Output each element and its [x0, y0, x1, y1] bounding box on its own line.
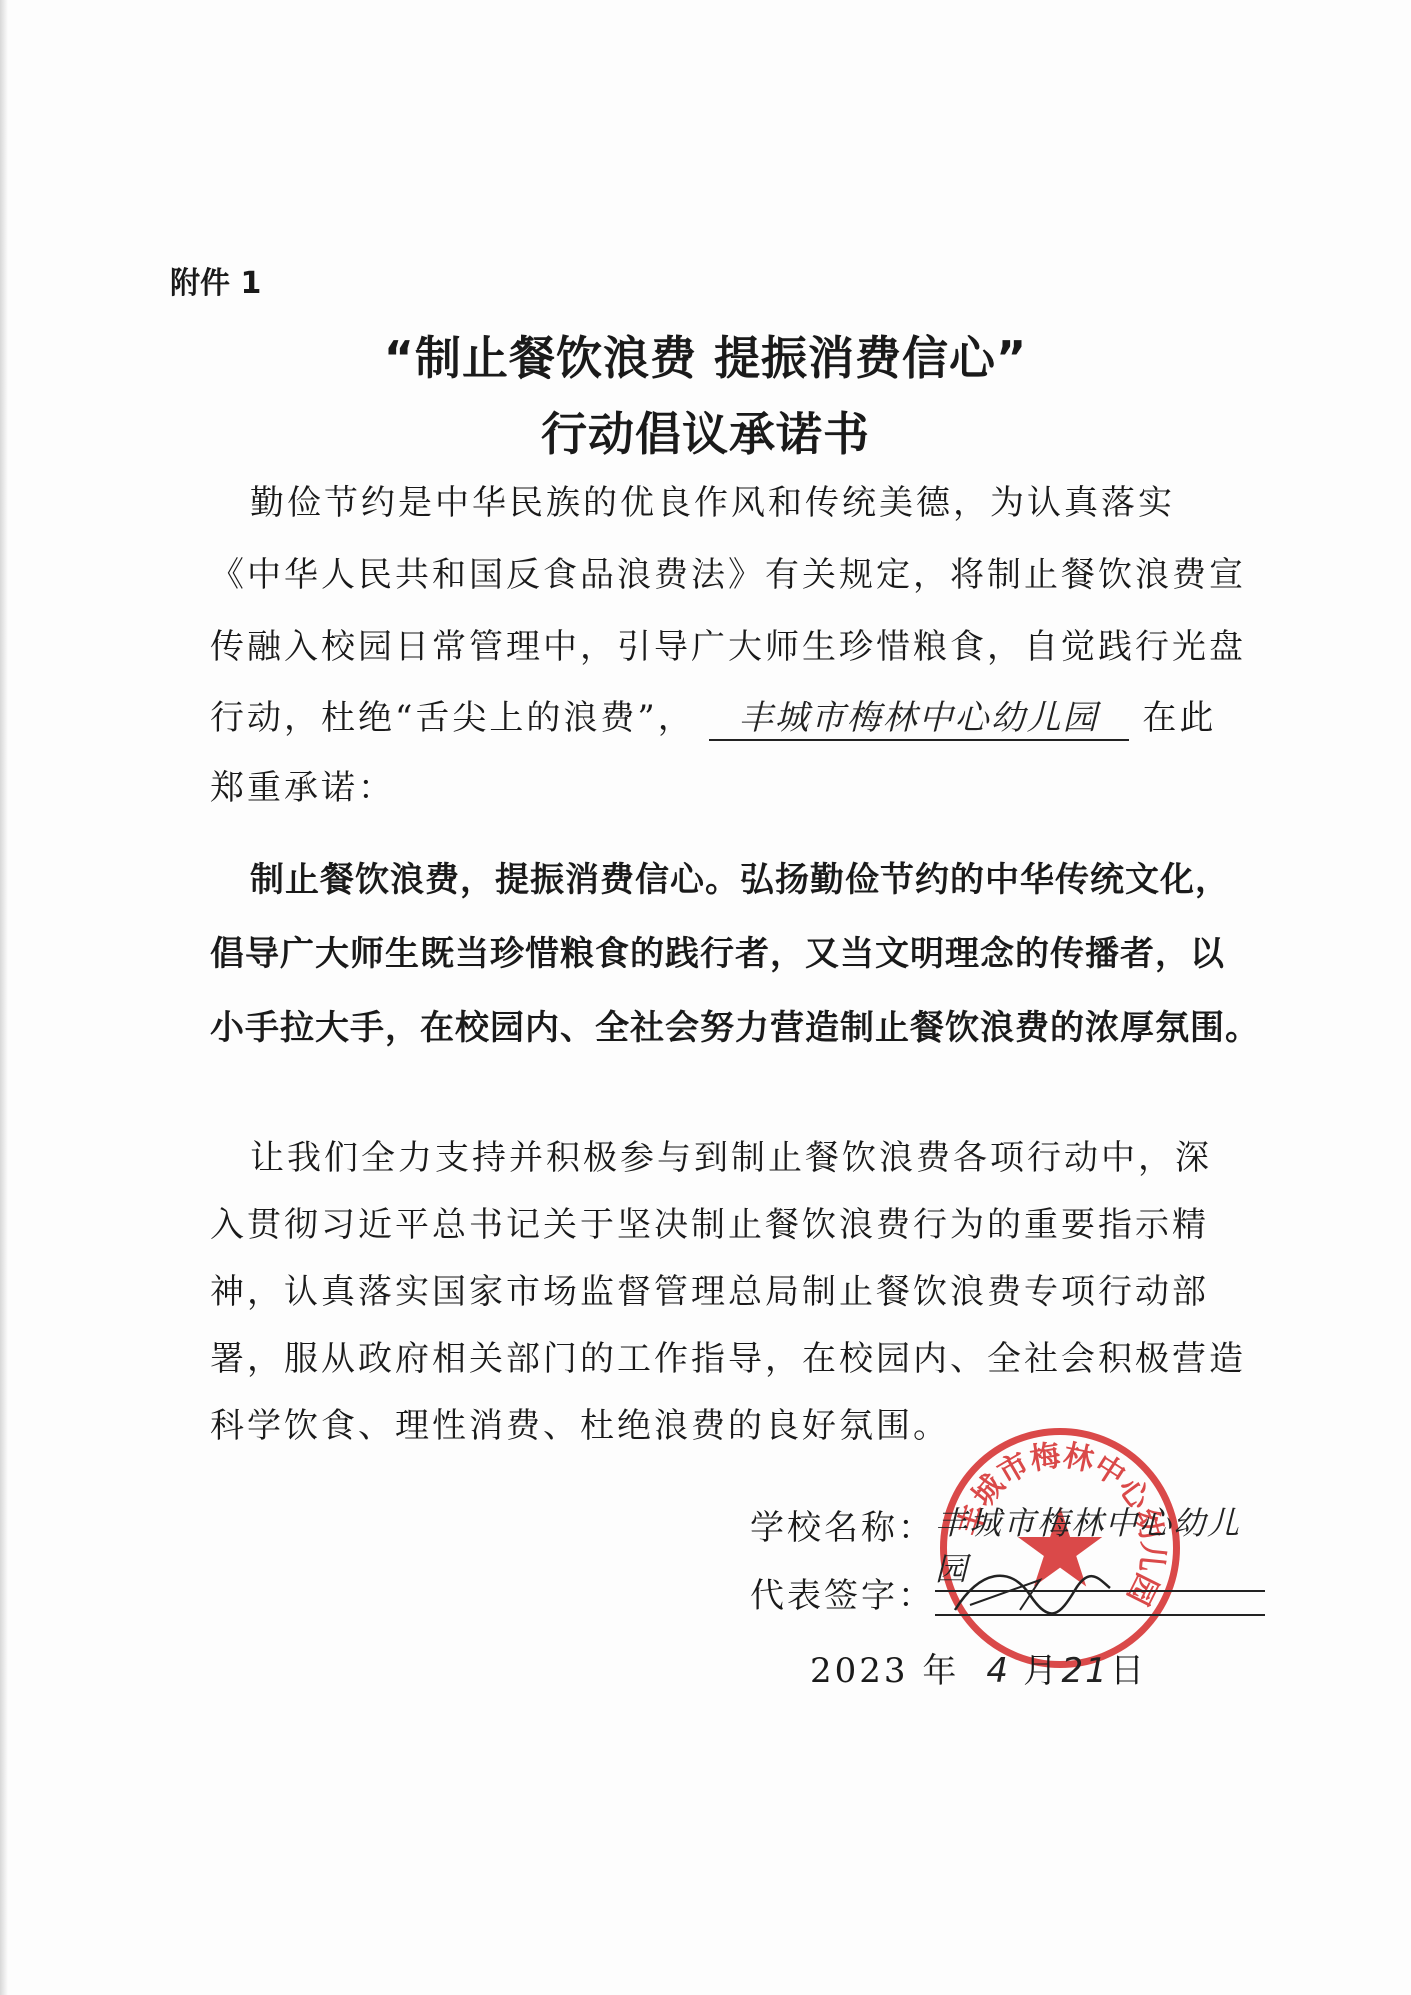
date-day-char: 日: [1110, 1651, 1147, 1691]
para1-line2: 《中华人民共和国反食品浪费法》有关规定，将制止餐饮浪费宣: [210, 547, 1246, 596]
para3-line1: 让我们全力支持并积极参与到制止餐饮浪费各项行动中，深: [250, 1130, 1212, 1179]
para1-line5: 郑重承诺：: [210, 760, 395, 809]
date-year: 2023: [810, 1651, 909, 1691]
para2-line1: 制止餐饮浪费，提振消费信心。弘扬勤俭节约的中华传统文化，: [250, 852, 1230, 901]
para3-line5: 科学饮食、理性消费、杜绝浪费的良好氛围。: [210, 1398, 950, 1447]
para2-line3: 小手拉大手，在校园内、全社会努力营造制止餐饮浪费的浓厚氛围。: [210, 1000, 1260, 1049]
para1-line4-suffix: 在此: [1142, 698, 1216, 738]
para3-line3: 神，认真落实国家市场监督管理总局制止餐饮浪费专项行动部: [210, 1264, 1209, 1313]
handwritten-school-name: 丰城市梅林中心幼儿园: [709, 690, 1129, 741]
date-month: 4: [973, 1651, 1023, 1691]
date-day: 21: [1060, 1651, 1110, 1691]
document-subtitle: 行动倡议承诺书: [0, 398, 1411, 464]
para1-line4-text: 行动，杜绝“舌尖上的浪费”，: [210, 698, 695, 738]
date-month-char: 月: [1023, 1651, 1060, 1691]
para1-line3: 传融入校园日常管理中，引导广大师生珍惜粮食，自觉践行光盘: [210, 619, 1246, 668]
para2-line2: 倡导广大师生既当珍惜粮食的践行者，又当文明理念的传播者，以: [210, 926, 1225, 975]
para1-line4: 行动，杜绝“舌尖上的浪费”， 丰城市梅林中心幼儿园 在此: [210, 690, 1216, 741]
document-title: “制止餐饮浪费 提振消费信心”: [0, 322, 1411, 388]
attachment-label: 附件 1: [170, 258, 261, 302]
para1-line1: 勤俭节约是中华民族的优良作风和传统美德，为认真落实: [250, 475, 1175, 524]
page-shadow-edge: [0, 0, 8, 1995]
date-line: 2023 年 4月21日: [810, 1643, 1147, 1692]
signature-scribble-icon: [950, 1560, 1120, 1620]
date-year-char: 年: [922, 1651, 959, 1691]
representative-signature-label: 代表签字：: [750, 1568, 935, 1617]
school-name-label: 学校名称：: [750, 1500, 935, 1549]
para3-line4: 署，服从政府相关部门的工作指导，在校园内、全社会积极营造: [210, 1331, 1246, 1380]
para3-line2: 入贯彻习近平总书记关于坚决制止餐饮浪费行为的重要指示精: [210, 1197, 1209, 1246]
